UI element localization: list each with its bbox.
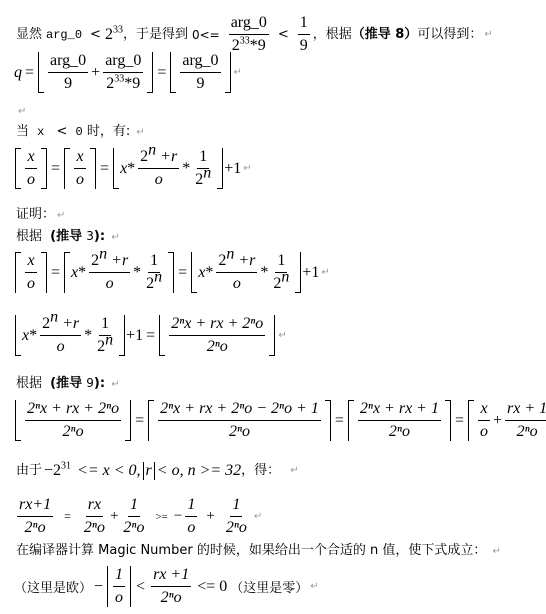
math-token: + xyxy=(110,508,118,525)
paragraph-mark-icon: ↵ xyxy=(57,210,65,221)
fraction-one-ninth: 1 9 xyxy=(298,14,310,55)
math-token: xo + rx + 12ⁿo xyxy=(467,400,546,441)
math-token: o xyxy=(25,273,37,293)
fraction: rx2ⁿo xyxy=(82,496,107,537)
math-token: （这里是欧） xyxy=(14,577,92,596)
fraction: 1o xyxy=(113,566,125,607)
equation-derivation-9: 2ⁿx + rx + 2ⁿo2ⁿo = 2ⁿx + rx + 2ⁿo − 2ⁿo… xyxy=(14,400,546,441)
math-token: = xyxy=(146,327,155,345)
math-token: o xyxy=(153,169,165,189)
math-token: n xyxy=(50,309,58,326)
bracket xyxy=(119,315,125,356)
math-token: rx + 1 xyxy=(505,400,546,421)
math-token: = xyxy=(51,160,60,178)
math-token: 由于 xyxy=(16,463,42,479)
math-token: + xyxy=(91,64,100,82)
math-token: − xyxy=(94,578,103,596)
math-token: （这里是零） xyxy=(230,577,308,596)
math-token: x* 2n +ro * 12n xyxy=(190,252,302,293)
math-token: arg_0 xyxy=(229,14,269,35)
math-token: 2n +r xyxy=(138,148,179,169)
empty-paragraph: ↵ xyxy=(16,103,26,120)
ref-derivation-9: 根据 (推导 9): ↵ xyxy=(16,375,120,393)
math-token: n xyxy=(99,246,107,263)
paragraph-mark-icon: ↵ xyxy=(254,511,262,522)
math-token: + xyxy=(493,412,502,430)
math-token: 9 xyxy=(86,376,94,390)
math-token: 2ⁿx + rx + 2ⁿo − 2ⁿo + 1 xyxy=(158,400,321,421)
fraction: 1o xyxy=(185,496,197,537)
math-token: x* 2n +ro * 12n xyxy=(63,252,175,293)
math-token: 2ⁿx + rx + 2ⁿo xyxy=(169,315,265,336)
math-token: x xyxy=(74,148,85,169)
math-token xyxy=(154,462,155,480)
math-token: +r xyxy=(160,148,177,165)
bracket xyxy=(125,400,131,441)
math-token: o xyxy=(231,273,243,293)
fraction: xo xyxy=(478,400,490,441)
math-token: +1 xyxy=(224,160,241,178)
math-token: 2 xyxy=(140,148,148,165)
math-token: n xyxy=(203,165,211,182)
var-arg0: arg_0 xyxy=(46,27,82,43)
equals: = xyxy=(25,64,34,82)
math-token: 1 xyxy=(230,496,242,517)
paragraph-mark-icon: ↵ xyxy=(484,27,492,43)
math-token: 2 xyxy=(91,252,99,269)
math-token: 2ⁿx + rx + 2ⁿo xyxy=(25,400,121,421)
var-x: x xyxy=(37,125,44,139)
math-token: x* 2n +ro * 12n xyxy=(14,315,126,356)
bracket xyxy=(191,252,197,293)
bracket xyxy=(15,315,21,356)
fraction: rx + 12ⁿo xyxy=(505,400,546,441)
math-token: 3 xyxy=(86,229,94,243)
paragraph-mark-icon: ↵ xyxy=(310,581,318,592)
text: 可以得到： xyxy=(417,27,482,43)
equation-derivation-3: xo = x* 2n +ro * 12n = x* 2n +ro * 12n +… xyxy=(14,252,330,293)
math-token: o xyxy=(185,517,197,537)
compiler-line: 在编译器计算 Magic Number 的时候，如果给出一个合适的 n 值，使下… xyxy=(16,543,501,560)
bracket xyxy=(15,400,21,441)
math-token: * xyxy=(133,264,141,282)
fraction: rx+12ⁿo xyxy=(17,496,53,537)
fraction: 12ⁿo xyxy=(121,496,146,537)
math-token: 2ⁿo xyxy=(224,517,249,537)
math-token: 2n xyxy=(144,273,164,293)
math-token: arg_0 xyxy=(48,52,88,73)
line-intro: 显然 arg_0 < 233 ，于是得到 0<= arg_0 233*9 < 1… xyxy=(16,14,493,55)
math-token xyxy=(130,566,131,607)
math-token: x xyxy=(198,264,205,282)
math-token: n xyxy=(148,142,156,159)
math-token: 2ⁿx + rx + 12ⁿo xyxy=(347,400,452,441)
paragraph-mark-icon: ↵ xyxy=(136,127,144,138)
math-token: n xyxy=(105,332,113,349)
math-token: 2ⁿo xyxy=(61,421,86,441)
var-q: q xyxy=(14,64,22,82)
equation-q: q = arg_09 + arg_0233*9 = arg_09 ↵ xyxy=(14,52,242,93)
fraction: 12n xyxy=(95,315,115,356)
fraction: 2n +ro xyxy=(40,315,81,356)
bracket xyxy=(147,52,153,93)
fraction: rx +12ⁿo xyxy=(151,566,191,607)
math-token: o xyxy=(55,336,67,356)
math-token: < o, n >= 32 xyxy=(157,463,241,479)
math-token: >= xyxy=(155,511,167,523)
math-token: − xyxy=(174,508,182,525)
math-token: n xyxy=(154,269,162,286)
math-token: = xyxy=(51,264,60,282)
floor-group: arg_09 + arg_0233*9 xyxy=(37,52,154,93)
math-token: n xyxy=(281,269,289,286)
math-token: 2ⁿo xyxy=(121,517,146,537)
math-token: 9 xyxy=(62,73,74,93)
paragraph-mark-icon: ↵ xyxy=(111,232,119,243)
math-token: x xyxy=(25,252,36,273)
math-token: 2 xyxy=(97,338,105,355)
math-token: r xyxy=(146,463,152,479)
math-token: * xyxy=(29,327,37,345)
proof-label: 证明：↵ xyxy=(16,207,65,224)
bracket xyxy=(64,252,70,293)
math-token: arg_0 xyxy=(180,52,220,73)
math-token: 在编译器计算 Magic Number 的时候，如果给出一个合适的 n 值，使下… xyxy=(16,543,486,558)
equation-floor-simplified: x* 2n +ro * 12n +1 = 2ⁿx + rx + 2ⁿo2ⁿo ↵ xyxy=(14,315,287,356)
math-token: +1 xyxy=(302,264,319,282)
bracket xyxy=(168,252,174,293)
math-token: + xyxy=(206,508,214,525)
lt-sign: < xyxy=(90,27,101,43)
math-token: 33 xyxy=(113,24,123,35)
math-token: ，得： xyxy=(241,463,280,479)
math-token: x xyxy=(22,327,29,345)
math-token: 1o xyxy=(105,566,133,607)
math-token: 2n +r xyxy=(40,315,81,336)
math-token: 2 xyxy=(146,275,154,292)
bracket xyxy=(15,252,21,293)
equals: = xyxy=(157,64,166,82)
math-token: xo xyxy=(63,148,97,189)
math-token: 2ⁿo xyxy=(82,517,107,537)
paragraph-mark-icon: ↵ xyxy=(492,546,500,557)
bracket xyxy=(325,400,331,441)
math-token: 2n +r xyxy=(89,252,130,273)
fraction: arg_0233*9 xyxy=(103,52,143,93)
fraction: 2ⁿx + rx + 12ⁿo xyxy=(358,400,441,441)
math-token: rx+1 xyxy=(17,496,53,517)
math-token: x xyxy=(71,264,78,282)
math-token xyxy=(107,566,108,607)
paragraph-mark-icon: ↵ xyxy=(111,379,119,390)
math-token: * xyxy=(84,327,92,345)
fraction: xo xyxy=(25,252,37,293)
paragraph-mark-icon: ↵ xyxy=(290,463,298,479)
paragraph-mark-icon: ↵ xyxy=(234,67,242,78)
math-token: 9 xyxy=(194,73,206,93)
fraction: 12ⁿo xyxy=(224,496,249,537)
math-token: xo xyxy=(14,148,48,189)
math-token: x* 2n +ro * 12n xyxy=(112,148,224,189)
math-token: o xyxy=(478,421,490,441)
math-token: 2 xyxy=(195,171,203,188)
math-token: 2ⁿo xyxy=(387,421,412,441)
math-token: x xyxy=(120,160,127,178)
math-token: ): xyxy=(94,229,105,244)
math-token: = xyxy=(335,412,344,430)
math-token: 根据 xyxy=(16,229,42,244)
condition-line: 由于 −231 <= x < 0, r < o, n >= 32 ，得： ↵ xyxy=(16,462,299,480)
math-token: 2n xyxy=(271,273,291,293)
pow: 233 xyxy=(105,27,123,43)
math-token: 2n +r xyxy=(216,252,257,273)
case-line: 当 x < 0 时，有: ↵ xyxy=(16,124,145,141)
ref-derivation-3: 根据 (推导 3): ↵ xyxy=(16,228,120,246)
math-token: o xyxy=(25,169,37,189)
math-token: 33 xyxy=(240,36,250,47)
fraction: xo xyxy=(74,148,86,189)
ref-derivation-8: 推导 8 xyxy=(365,27,405,43)
paragraph-mark-icon: ↵ xyxy=(18,106,26,117)
fraction: 2n +ro xyxy=(89,252,130,293)
bracket xyxy=(148,400,154,441)
fraction: 2n +ro xyxy=(138,148,179,189)
math-token: 1 xyxy=(113,566,125,587)
math-token: 推导 xyxy=(56,376,82,391)
bracket xyxy=(468,400,474,441)
math-token: 2ⁿo xyxy=(23,517,48,537)
math-token: arg_0 xyxy=(103,52,143,73)
math-token: 根据 xyxy=(16,376,42,391)
math-token: = xyxy=(64,509,71,524)
math-token: ): xyxy=(94,376,105,391)
bracket xyxy=(217,148,223,189)
math-token: 推导 xyxy=(56,229,82,244)
paragraph-mark-icon: ↵ xyxy=(321,267,329,278)
math-token: 2ⁿo xyxy=(159,587,184,607)
math-token xyxy=(143,462,144,480)
fraction: 12n xyxy=(271,252,291,293)
text: 显然 xyxy=(16,27,42,43)
math-token: rx +1 xyxy=(151,566,191,587)
math-token: *9 xyxy=(250,37,266,54)
math-token: <= x < 0, xyxy=(77,463,141,479)
math-token: 2ⁿx + rx + 1 xyxy=(358,400,441,421)
bracket xyxy=(41,148,47,189)
math-token: = xyxy=(100,160,109,178)
math-token: = xyxy=(178,264,187,282)
bracket xyxy=(295,252,301,293)
bracket xyxy=(64,148,70,189)
text: 时，有: xyxy=(87,124,130,139)
ref-close: ） xyxy=(404,27,417,43)
bracket xyxy=(159,315,165,356)
math-token: 9 xyxy=(298,35,310,55)
math-token: +r xyxy=(62,315,79,332)
bracket xyxy=(38,52,44,93)
math-token: * xyxy=(78,264,86,282)
math-token: 2ⁿx + rx + 2ⁿo2ⁿo xyxy=(14,400,132,441)
math-token: 2ⁿo xyxy=(205,336,230,356)
paragraph-mark-icon: ↵ xyxy=(243,163,251,174)
math-token: 2ⁿo xyxy=(227,421,252,441)
math-token: 2 xyxy=(42,315,50,332)
math-token: = xyxy=(135,412,144,430)
math-token: 2ⁿo xyxy=(515,421,540,441)
math-token: 2ⁿx + rx + 2ⁿo2ⁿo xyxy=(158,315,276,356)
math-token: 2ⁿx + rx + 2ⁿo − 2ⁿo + 12ⁿo xyxy=(147,400,332,441)
fraction: 12n xyxy=(193,148,213,189)
math-token: −231 xyxy=(44,463,71,479)
bracket xyxy=(113,148,119,189)
math-token: * xyxy=(127,160,135,178)
bracket xyxy=(41,252,47,293)
math-token: o xyxy=(74,169,86,189)
text: ，根据 xyxy=(313,27,352,43)
bracket xyxy=(90,148,96,189)
zero: 0 xyxy=(76,125,83,139)
zero-le: 0<= xyxy=(192,27,220,43)
math-token: 证明： xyxy=(16,207,55,222)
lt-sign: < xyxy=(57,124,68,139)
math-token: 1 xyxy=(185,496,197,517)
math-token: 33 xyxy=(114,74,124,85)
math-token: x xyxy=(25,148,36,169)
math-token: +r xyxy=(111,252,128,269)
fraction: 12n xyxy=(144,252,164,293)
math-token: 1 xyxy=(128,496,140,517)
math-token: o xyxy=(104,273,116,293)
math-token: xo xyxy=(14,252,48,293)
math-token: * xyxy=(260,264,268,282)
math-token: +1 xyxy=(126,327,143,345)
math-token: <= 0 xyxy=(197,578,227,596)
math-token: 2n xyxy=(193,169,213,189)
math-token: rx xyxy=(86,496,103,517)
math-token: 2 xyxy=(105,26,113,43)
fraction: arg_0 233*9 xyxy=(229,14,269,55)
math-token: = xyxy=(455,412,464,430)
fraction: arg_09 xyxy=(48,52,88,93)
equation-case: xo = xo = x* 2n +ro * 12n +1 ↵ xyxy=(14,148,252,189)
math-token: −2 xyxy=(44,462,61,479)
fraction: 2ⁿx + rx + 2ⁿo2ⁿo xyxy=(25,400,121,441)
equation-inequality: rx+12ⁿo = rx2ⁿo + 12ⁿo >= − 1o + 12ⁿo ↵ xyxy=(14,496,262,537)
lt-sign: < xyxy=(278,27,289,43)
bracket xyxy=(225,52,231,93)
math-token: 233*9 xyxy=(104,73,142,93)
bracket xyxy=(15,148,21,189)
text: 当 xyxy=(16,124,29,139)
paragraph-mark-icon: ↵ xyxy=(278,330,286,341)
fraction: 2ⁿx + rx + 2ⁿo − 2ⁿo + 12ⁿo xyxy=(158,400,321,441)
bracket xyxy=(445,400,451,441)
bracket xyxy=(269,315,275,356)
ref-open: （ xyxy=(352,27,365,43)
math-token: 31 xyxy=(61,461,71,472)
math-token: +r xyxy=(238,252,255,269)
math-token: *9 xyxy=(124,75,140,92)
text: ，于是得到 xyxy=(123,27,188,43)
equation-final: （这里是欧） − 1o < rx +12ⁿo <= 0 （这里是零） ↵ xyxy=(14,566,319,607)
floor-group: arg_09 xyxy=(169,52,231,93)
math-token: * xyxy=(182,160,190,178)
fraction: xo xyxy=(25,148,37,189)
math-token: x xyxy=(478,400,489,421)
math-token: < xyxy=(136,578,145,596)
math-token: 1 xyxy=(298,14,310,35)
math-token: 2n xyxy=(95,336,115,356)
bracket xyxy=(170,52,176,93)
fraction: 2ⁿx + rx + 2ⁿo2ⁿo xyxy=(169,315,265,356)
math-token: * xyxy=(205,264,213,282)
bracket xyxy=(348,400,354,441)
math-token: o xyxy=(113,587,125,607)
math-token: n xyxy=(226,246,234,263)
fraction: 2n +ro xyxy=(216,252,257,293)
fraction: arg_09 xyxy=(180,52,220,93)
